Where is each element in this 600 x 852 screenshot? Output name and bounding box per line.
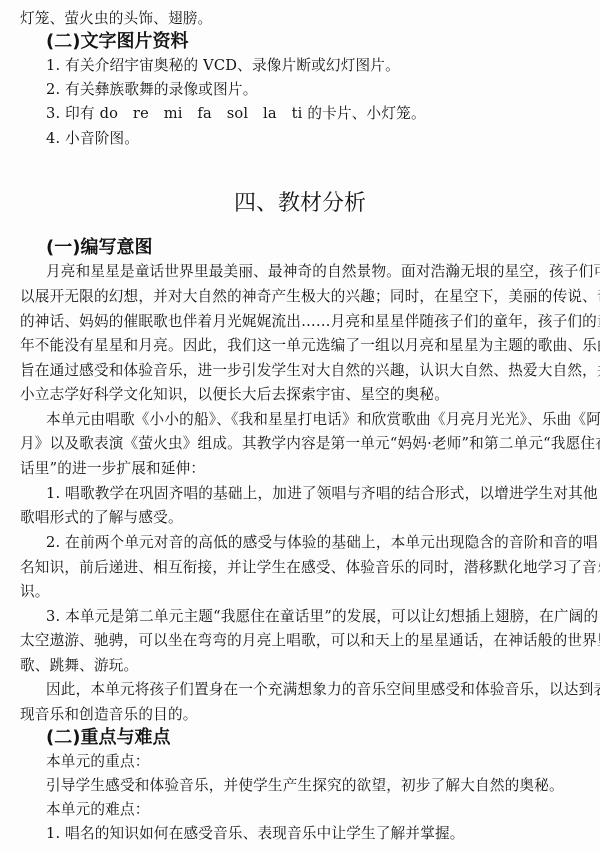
- paragraph-line: 本单元的重点：: [46, 752, 600, 772]
- paragraph-line: 歌、跳舞、游玩。: [20, 656, 590, 676]
- paragraph-line: 月》以及歌表演《萤火虫》组成。其教学内容是第一单元“妈妈·老师”和第二单元“我愿…: [20, 434, 590, 454]
- paragraph-line: 小立志学好科学文化知识，以便长大后去探索宇宙、星空的奥秘。: [20, 385, 590, 405]
- list-item: 3. 印有 do re mi fa sol la ti 的卡片、小灯笼。: [46, 104, 600, 124]
- paragraph-line: 因此，本单元将孩子们置身在一个充满想象力的音乐空间里感受和体验音乐，以达到表: [46, 680, 600, 700]
- paragraph-line: 月亮和星星是童话世界里最美丽、最神奇的自然景物。面对浩瀚无垠的星空，孩子们可: [46, 262, 600, 282]
- paragraph-line: 本单元由唱歌《小小的船》、《我和星星打电话》和欣赏歌曲《月亮月光光》、乐曲《阿细…: [46, 410, 600, 430]
- paragraph-line: 本单元的难点：: [46, 800, 600, 820]
- paragraph-line: 旨在通过感受和体验音乐，进一步引发学生对大自然的兴趣，认识大自然、热爱大自然，并…: [20, 361, 590, 381]
- paragraph-line: 1. 唱名的知识如何在感受音乐、表现音乐中让学生了解并掌握。: [46, 824, 600, 844]
- paragraph-line: 歌唱形式的了解与感受。: [20, 508, 590, 528]
- list-item: 2. 有关彝族歌舞的录像或图片。: [46, 80, 600, 100]
- paragraph-line: 的神话、妈妈的催眠歌也伴着月光娓娓流出……月亮和星星伴随孩子们的童年，孩子们的童: [20, 312, 590, 332]
- section-heading-intent: (一)编写意图: [46, 236, 152, 260]
- paragraph-line: 1. 唱歌教学在巩固齐唱的基础上，加进了领唱与齐唱的结合形式，以增进学生对其他: [46, 484, 600, 504]
- paragraph-line: 现音乐和创造音乐的目的。: [20, 705, 590, 725]
- paragraph-line: 引导学生感受和体验音乐，并使学生产生探究的欲望，初步了解大自然的奥秘。: [46, 776, 600, 796]
- list-item: 1. 有关介绍宇宙奥秘的 VCD、录像片断或幻灯图片。: [46, 56, 600, 76]
- continuation-line: 灯笼、萤火虫的头饰、翅膀。: [20, 9, 590, 29]
- section-heading-materials: (二)文字图片资料: [46, 30, 188, 54]
- paragraph-line: 3. 本单元是第二单元主题“我愿住在童话里”的发展，可以让幻想插上翅膀，在广阔的: [46, 607, 600, 627]
- paragraph-line: 2. 在前两个单元对音的高低的感受与体验的基础上，本单元出现隐含的音阶和音的唱: [46, 533, 600, 553]
- paragraph-line: 以展开无限的幻想，并对大自然的神奇产生极大的兴趣；同时，在星空下，美丽的传说、奇…: [20, 287, 590, 307]
- paragraph-line: 太空遨游、驰骋，可以坐在弯弯的月亮上唱歌，可以和天上的星星通话，在神话般的世界里…: [20, 631, 590, 651]
- paragraph-line: 名知识，前后递进、相互衔接，并让学生在感受、体验音乐的同时，潜移默化地学习了音乐…: [20, 558, 590, 578]
- paragraph-line: 话里”的进一步扩展和延伸：: [20, 459, 590, 479]
- section-heading-keypoints: (二)重点与难点: [46, 726, 170, 750]
- paragraph-line: 年不能没有星星和月亮。因此，我们这一单元选编了一组以月亮和星星为主题的歌曲、乐曲…: [20, 336, 590, 356]
- list-item: 4. 小音阶图。: [46, 129, 600, 149]
- chapter-title: 四、教材分析: [0, 190, 600, 218]
- paragraph-line: 识。: [20, 582, 590, 602]
